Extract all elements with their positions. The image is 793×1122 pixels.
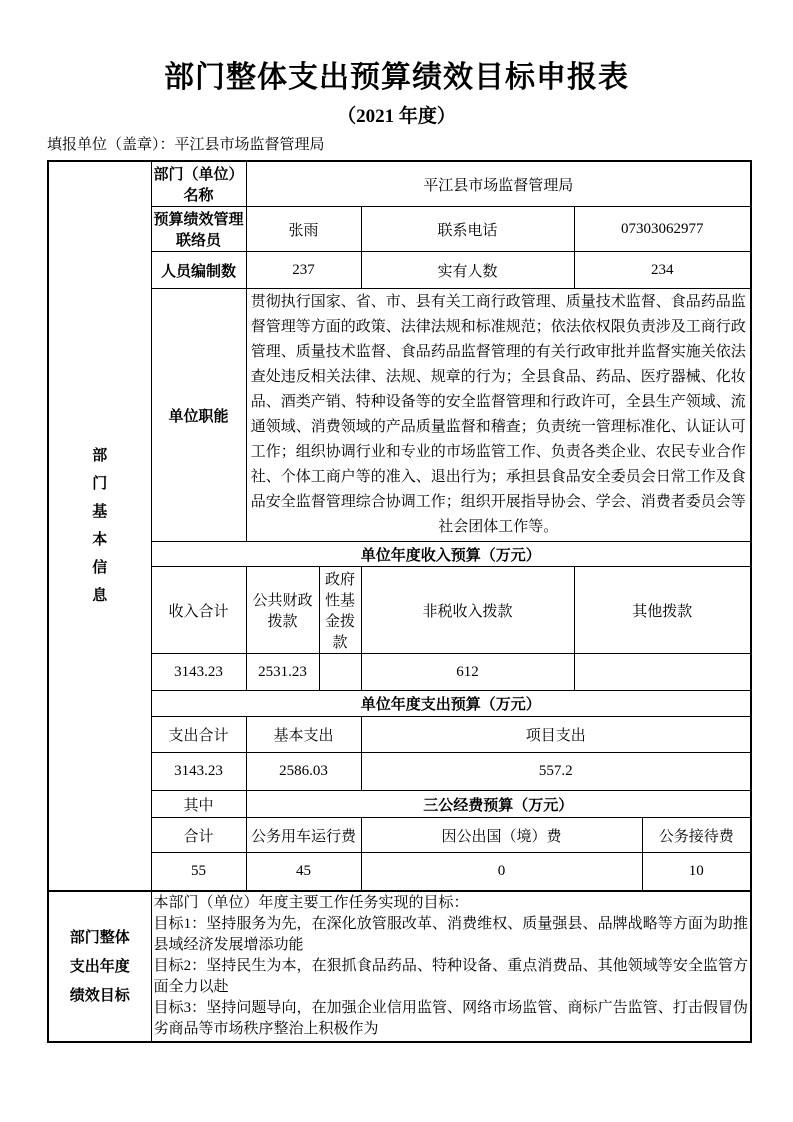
dept-name-label: 部门（单位）名称 [151, 161, 246, 207]
income-header-gov-fund: 政府性基金拨款 [319, 567, 361, 654]
three-public-header-abroad: 因公出国（境）费 [361, 818, 642, 853]
among-which-label: 其中 [151, 791, 246, 818]
three-public-header-total: 合计 [151, 818, 246, 853]
actual-staff-value: 234 [574, 252, 751, 289]
expenditure-value-basic: 2586.03 [246, 753, 361, 791]
page-title: 部门整体支出预算绩效目标申报表 [0, 52, 793, 96]
income-section-title: 单位年度收入预算（万元） [151, 542, 751, 567]
income-value-other [574, 654, 751, 691]
table-row: 55 45 0 10 [48, 853, 751, 891]
three-public-value-abroad: 0 [361, 853, 642, 891]
table-row: 单位年度支出预算（万元） [48, 691, 751, 717]
annual-goals-content: 本部门（单位）年度主要工作任务实现的目标： 目标1：坚持服务为先，在深化放管服改… [151, 891, 751, 1042]
table-row: 3143.23 2586.03 557.2 [48, 753, 751, 791]
expenditure-value-total: 3143.23 [151, 753, 246, 791]
income-value-gov-fund [319, 654, 361, 691]
annual-goal-2: 目标2：坚持民生为本，在狠抓食品药品、特种设备、重点消费品、其他领域等安全监管方… [154, 956, 749, 998]
declaration-table: 部门基本信息 部门（单位）名称 平江县市场监督管理局 预算绩效管理联络员 张雨 … [47, 160, 752, 1043]
basic-info-section-label: 部门基本信息 [90, 442, 109, 610]
page-subtitle: （2021 年度） [0, 101, 793, 128]
phone-value: 07303062977 [574, 207, 751, 252]
liaison-label: 预算绩效管理联络员 [151, 207, 246, 252]
expenditure-value-project: 557.2 [361, 753, 751, 791]
basic-info-section-cell: 部门基本信息 [48, 161, 151, 891]
annual-goals-section-label: 部门整体支出年度绩效目标 [68, 923, 133, 1010]
expenditure-section-title: 单位年度支出预算（万元） [151, 691, 751, 717]
table-row: 支出合计 基本支出 项目支出 [48, 717, 751, 753]
staffing-value: 237 [246, 252, 361, 289]
annual-goal-1: 目标1：坚持服务为先，在深化放管服改革、消费维权、质量强县、品牌战略等方面为助推… [154, 914, 749, 956]
table-row: 3143.23 2531.23 612 [48, 654, 751, 691]
table-row: 收入合计 公共财政拨款 政府性基金拨款 非税收入拨款 其他拨款 [48, 567, 751, 654]
income-value-total: 3143.23 [151, 654, 246, 691]
table-row: 预算绩效管理联络员 张雨 联系电话 07303062977 [48, 207, 751, 252]
table-row: 部门整体支出年度绩效目标 本部门（单位）年度主要工作任务实现的目标： 目标1：坚… [48, 891, 751, 1042]
three-public-header-reception: 公务接待费 [642, 818, 751, 853]
table-row: 部门基本信息 部门（单位）名称 平江县市场监督管理局 [48, 161, 751, 207]
three-public-value-vehicle: 45 [246, 853, 361, 891]
expenditure-header-basic: 基本支出 [246, 717, 361, 753]
expenditure-header-total: 支出合计 [151, 717, 246, 753]
table-row: 合计 公务用车运行费 因公出国（境）费 公务接待费 [48, 818, 751, 853]
table-row: 人员编制数 237 实有人数 234 [48, 252, 751, 289]
three-public-section-title: 三公经费预算（万元） [246, 791, 751, 818]
three-public-value-total: 55 [151, 853, 246, 891]
income-value-nontax: 612 [361, 654, 574, 691]
income-header-public-finance: 公共财政拨款 [246, 567, 319, 654]
table-row: 单位职能 贯彻执行国家、省、市、县有关工商行政管理、质量技术监督、食品药品监督管… [48, 289, 751, 542]
table-row: 其中 三公经费预算（万元） [48, 791, 751, 818]
staffing-label: 人员编制数 [151, 252, 246, 289]
annual-goal-3: 目标3：坚持问题导向，在加强企业信用监管、网络市场监管、商标广告监管、打击假冒伪… [154, 998, 749, 1040]
three-public-header-vehicle: 公务用车运行费 [246, 818, 361, 853]
functions-label: 单位职能 [151, 289, 246, 542]
expenditure-header-project: 项目支出 [361, 717, 751, 753]
income-header-total: 收入合计 [151, 567, 246, 654]
dept-name-value: 平江县市场监督管理局 [246, 161, 751, 207]
table-row: 单位年度收入预算（万元） [48, 542, 751, 567]
income-value-public-finance: 2531.23 [246, 654, 319, 691]
phone-label: 联系电话 [361, 207, 574, 252]
annual-goals-section-cell: 部门整体支出年度绩效目标 [48, 891, 151, 1042]
income-header-other: 其他拨款 [574, 567, 751, 654]
actual-staff-label: 实有人数 [361, 252, 574, 289]
liaison-value: 张雨 [246, 207, 361, 252]
income-header-nontax: 非税收入拨款 [361, 567, 574, 654]
functions-text: 贯彻执行国家、省、市、县有关工商行政管理、质量技术监督、食品药品监督管理等方面的… [246, 289, 751, 542]
three-public-value-reception: 10 [642, 853, 751, 891]
annual-goals-intro: 本部门（单位）年度主要工作任务实现的目标： [154, 893, 749, 914]
document-page: 部门整体支出预算绩效目标申报表 （2021 年度） 填报单位（盖章）：平江县市场… [0, 0, 793, 1122]
filler-unit-line: 填报单位（盖章）：平江县市场监督管理局 [47, 133, 325, 154]
